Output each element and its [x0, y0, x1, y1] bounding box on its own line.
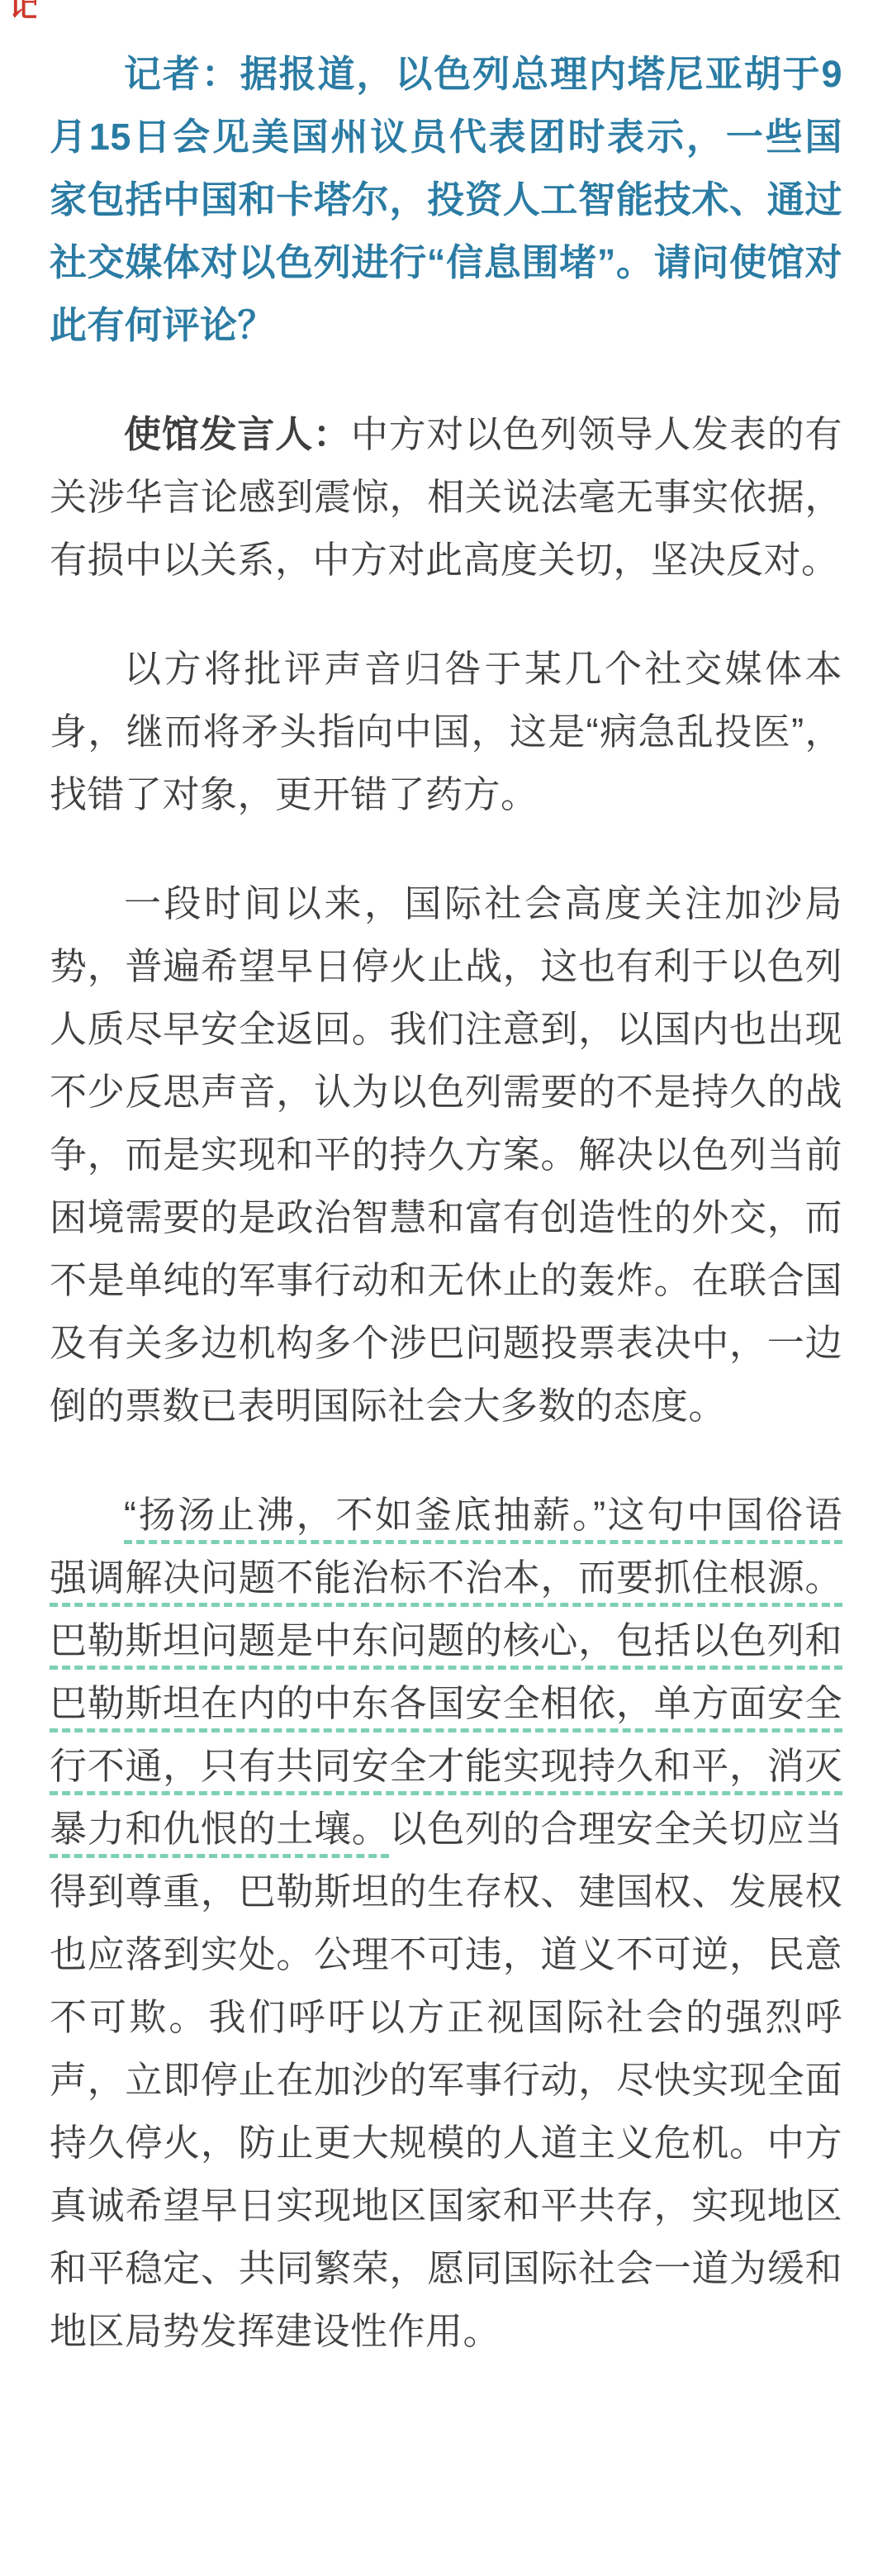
spokesperson-paragraph-3: 一段时间以来，国际社会高度关注加沙局势，普遍希望早日停火止战，这也有利于以色列人… — [50, 872, 842, 1438]
reporter-question-paragraph: 记者：据报道，以色列总理内塔尼亚胡于9月15日会见美国州议员代表团时表示，一些国… — [50, 43, 842, 357]
spokesperson-paragraph-2: 以方将批评声音归咎于某几个社交媒体本身，继而将矛头指向中国，这是“病急乱投医”，… — [50, 638, 842, 826]
reporter-question-text: 据报道，以色列总理内塔尼亚胡于9月15日会见美国州议员代表团时表示，一些国家包括… — [50, 53, 842, 346]
article-page: 记 记者：据报道，以色列总理内塔尼亚胡于9月15日会见美国州议员代表团时表示，一… — [0, 0, 892, 2576]
spokesperson-paragraph-4-text: 以色列的合理安全关切应当得到尊重，巴勒斯坦的生存权、建国权、发展权也应落到实处。… — [50, 1808, 842, 2352]
article-content: 记者：据报道，以色列总理内塔尼亚胡于9月15日会见美国州议员代表团时表示，一些国… — [0, 0, 892, 2363]
spokesperson-paragraph-3-text: 一段时间以来，国际社会高度关注加沙局势，普遍希望早日停火止战，这也有利于以色列人… — [50, 882, 842, 1427]
spokesperson-paragraph-2-text: 以方将批评声音归咎于某几个社交媒体本身，继而将矛头指向中国，这是“病急乱投医”，… — [50, 648, 842, 815]
reporter-label: 记者： — [124, 53, 240, 95]
spokesperson-label: 使馆发言人： — [124, 413, 351, 455]
spokesperson-paragraph-4: “扬汤止沸，不如釜底抽薪。”这句中国俗语强调解决问题不能治标不治本，而要抓住根源… — [50, 1484, 842, 2363]
proverb-underlined-text: “扬汤止沸，不如釜底抽薪。”这句中国俗语强调解决问题不能治标不治本，而要抓住根源… — [50, 1494, 842, 1850]
spokesperson-paragraph-1: 使馆发言人：中方对以色列领导人发表的有关涉华言论感到震惊，相关说法毫无事实依据，… — [50, 403, 842, 592]
